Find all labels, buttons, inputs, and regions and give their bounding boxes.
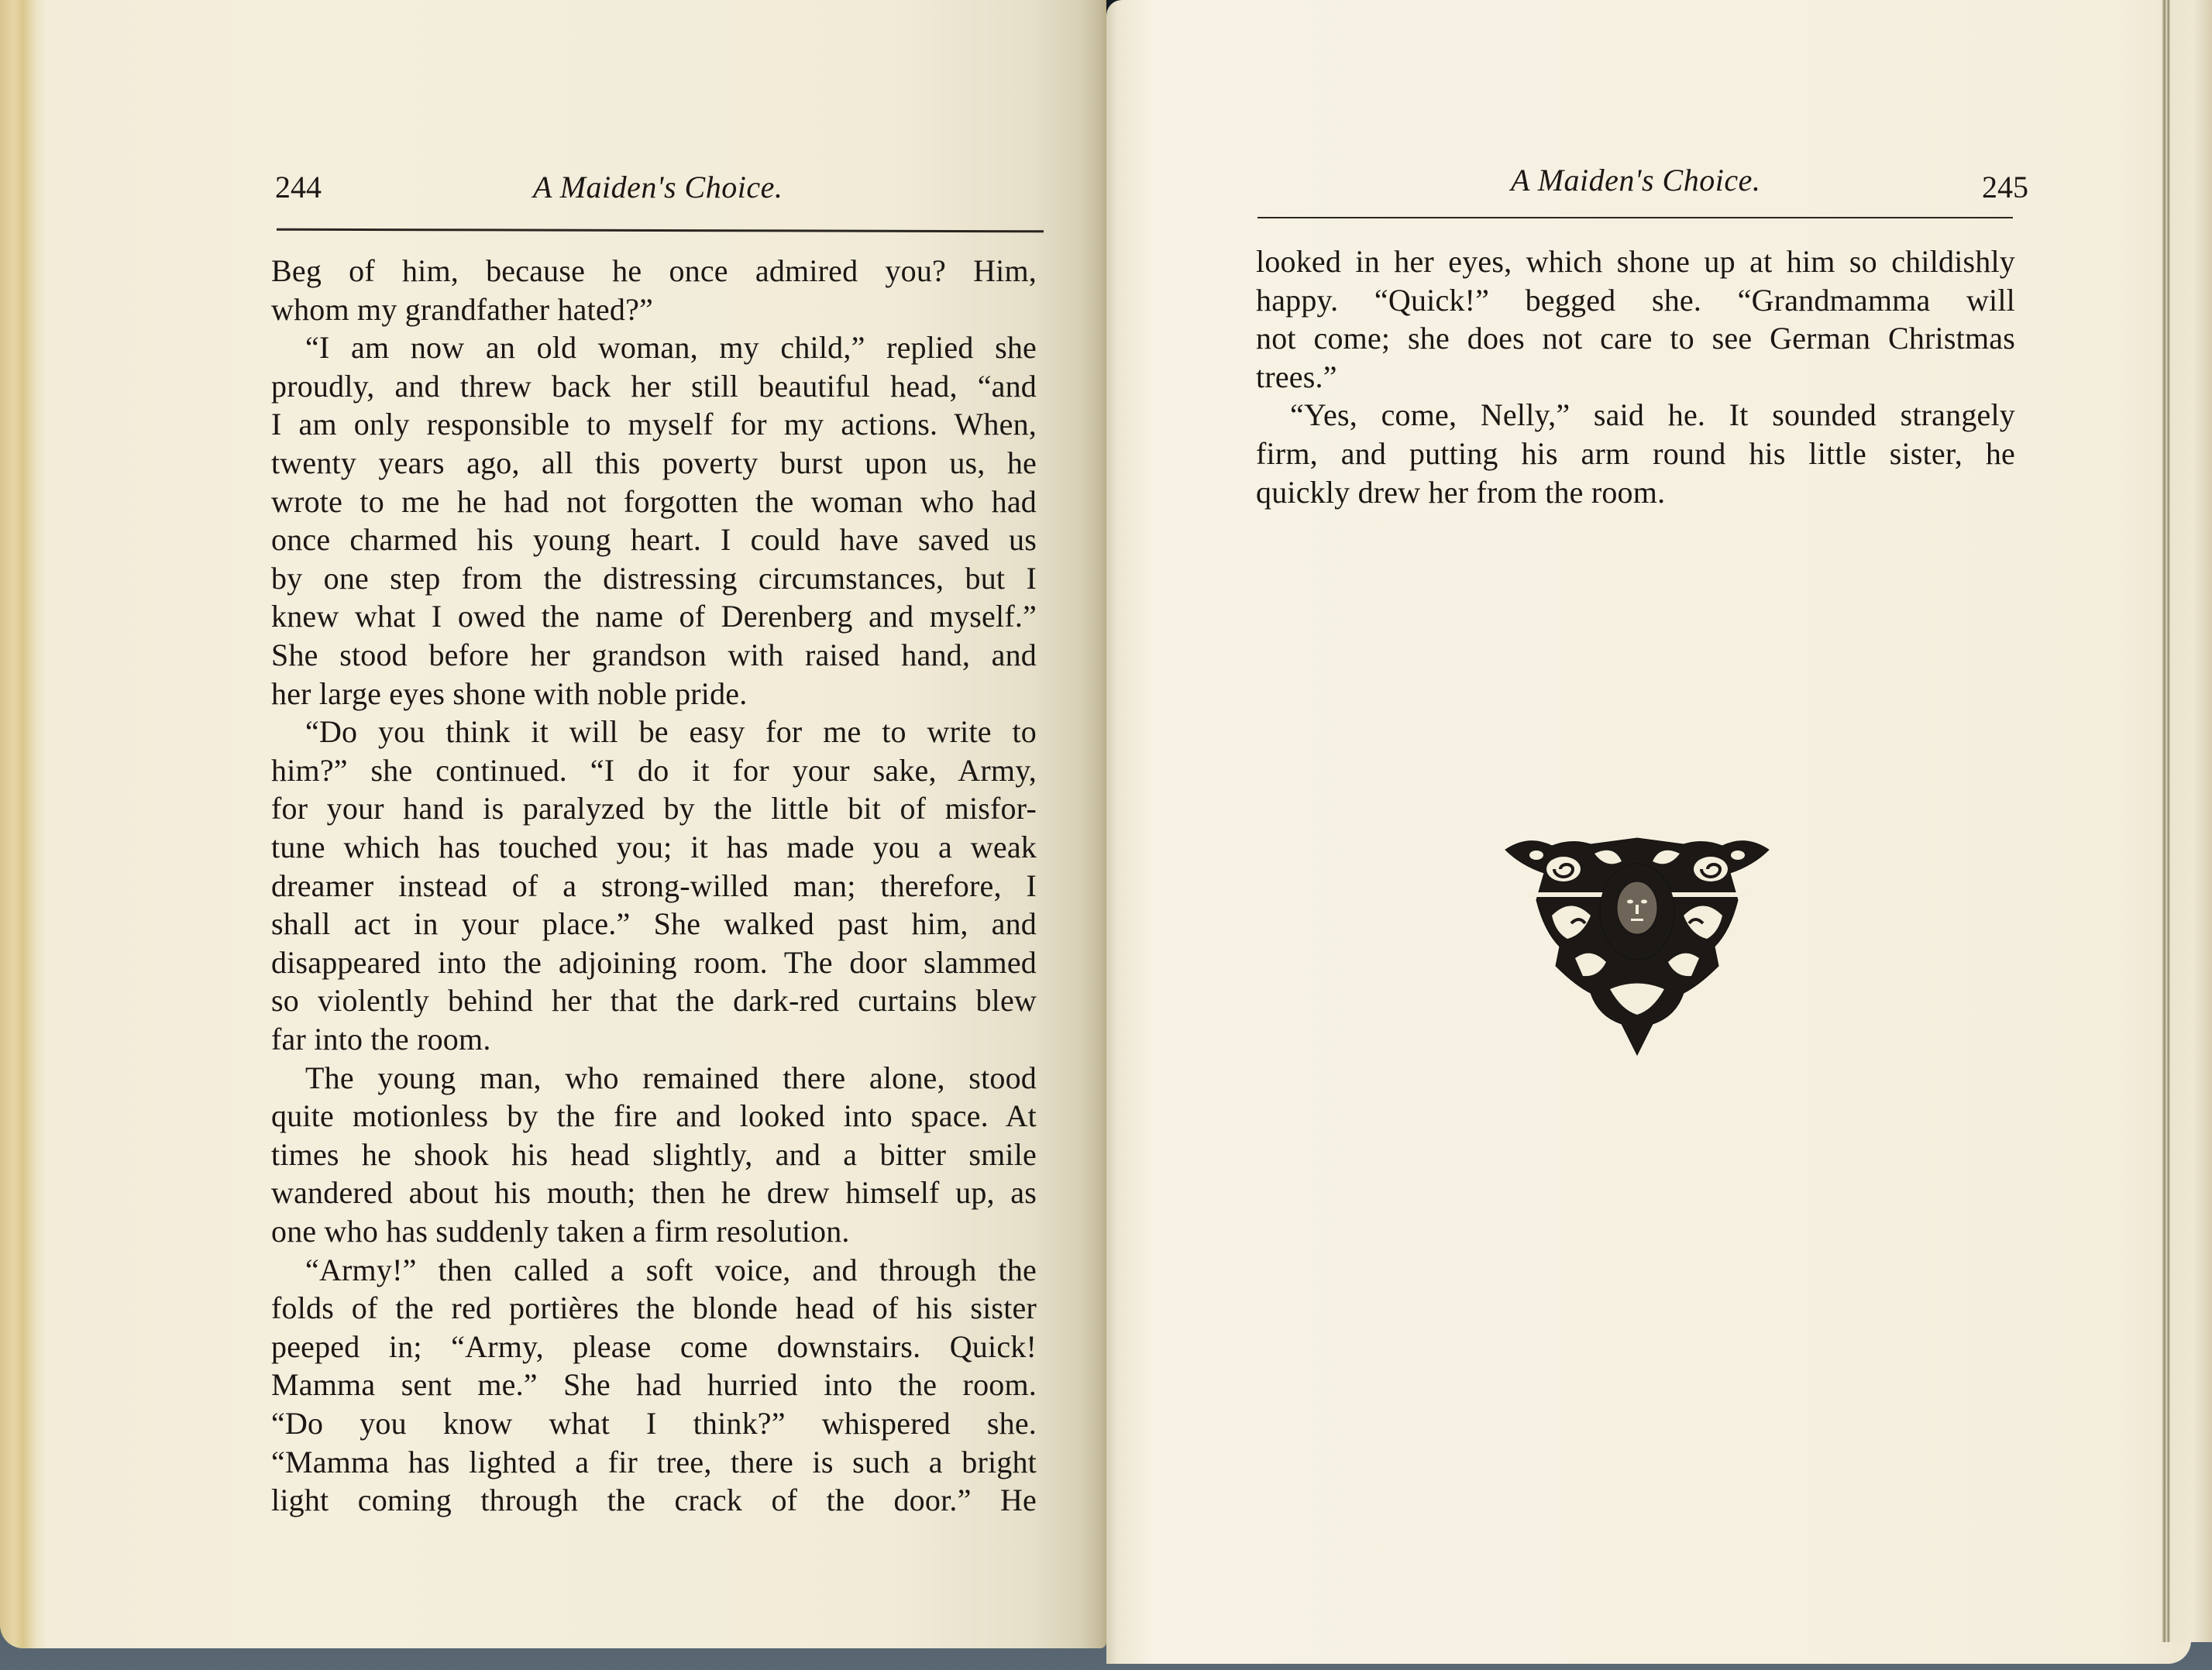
text-line: The young man, who remained there alone,… [305, 1063, 1037, 1095]
text-line: wandered about his mouth; then he drew h… [271, 1177, 1037, 1210]
text-line: looked in her eyes, which shone up at hi… [1256, 246, 2015, 279]
tailpiece-ornament-icon [1498, 830, 1777, 1063]
page-number: 245 [1982, 172, 2028, 203]
header-rule [1257, 217, 2013, 218]
text-line: him?” she continued. “I do it for your s… [271, 755, 1037, 788]
text-line: one who has suddenly taken a firm resolu… [271, 1216, 1037, 1247]
running-title: A Maiden's Choice. [533, 172, 783, 203]
text-line: “Army!” then called a soft voice, and th… [305, 1255, 1037, 1287]
running-title: A Maiden's Choice. [1511, 165, 1760, 196]
text-line: whom my grandfather hated?” [271, 294, 1037, 325]
text-line: knew what I owed the name of Derenberg a… [271, 601, 1037, 634]
header-rule [277, 229, 1044, 233]
text-line: trees.” [1256, 362, 2015, 393]
text-line: “Yes, come, Nelly,” said he. It sounded … [1290, 400, 2015, 432]
text-line: happy. “Quick!” begged she. “Grandmamma … [1256, 285, 2015, 318]
page-number: 244 [275, 172, 322, 203]
text-line: She stood before her grandson with raise… [271, 640, 1037, 672]
text-line: folds of the red portières the blonde he… [271, 1293, 1037, 1325]
page-edges [2162, 0, 2212, 1642]
text-line: light coming through the crack of the do… [271, 1485, 1037, 1517]
left-page: 244 A Maiden's Choice. Beg of him, becau… [0, 0, 1106, 1648]
text-line: tune which has touched you; it has made … [271, 832, 1037, 864]
text-line: shall act in your place.” She walked pas… [271, 909, 1037, 941]
text-line: proudly, and threw back her still beauti… [271, 371, 1037, 404]
right-page: A Maiden's Choice. 245 looked in her eye… [1106, 0, 2191, 1664]
text-line: “Mamma has lighted a fir tree, there is … [271, 1447, 1037, 1479]
text-line: peeped in; “Army, please come downstairs… [271, 1332, 1037, 1364]
text-line: once charmed his young heart. I could ha… [271, 524, 1037, 557]
text-line: I am only responsible to myself for my a… [271, 409, 1037, 442]
text-line: for your hand is paralyzed by the little… [271, 793, 1037, 826]
text-line: dreamer instead of a strong-willed man; … [271, 871, 1037, 903]
text-line: so violently behind her that the dark-re… [271, 985, 1037, 1018]
text-line: Beg of him, because he once admired you?… [271, 256, 1037, 288]
text-line: wrote to me he had not forgotten the wom… [271, 486, 1037, 519]
text-line: times he shook his head slightly, and a … [271, 1139, 1037, 1172]
text-line: “I am now an old woman, my child,” repli… [305, 332, 1037, 365]
text-line: quite motionless by the fire and looked … [271, 1101, 1037, 1133]
text-line: not come; she does not care to see Germa… [1256, 323, 2015, 356]
text-line: “Do you think it will be easy for me to … [305, 716, 1037, 749]
text-line: by one step from the distressing circums… [271, 563, 1037, 596]
text-line: twenty years ago, all this poverty burst… [271, 448, 1037, 480]
text-line: Mamma sent me.” She had hurried into the… [271, 1369, 1037, 1402]
text-line: her large eyes shone with noble pride. [271, 679, 1037, 710]
text-line: quickly drew her from the room. [1256, 477, 2015, 508]
text-line: disappeared into the adjoining room. The… [271, 947, 1037, 980]
text-line: far into the room. [271, 1024, 1037, 1055]
text-line: “Do you know what I think?” whispered sh… [271, 1408, 1037, 1441]
text-line: firm, and putting his arm round his litt… [1256, 438, 2015, 471]
